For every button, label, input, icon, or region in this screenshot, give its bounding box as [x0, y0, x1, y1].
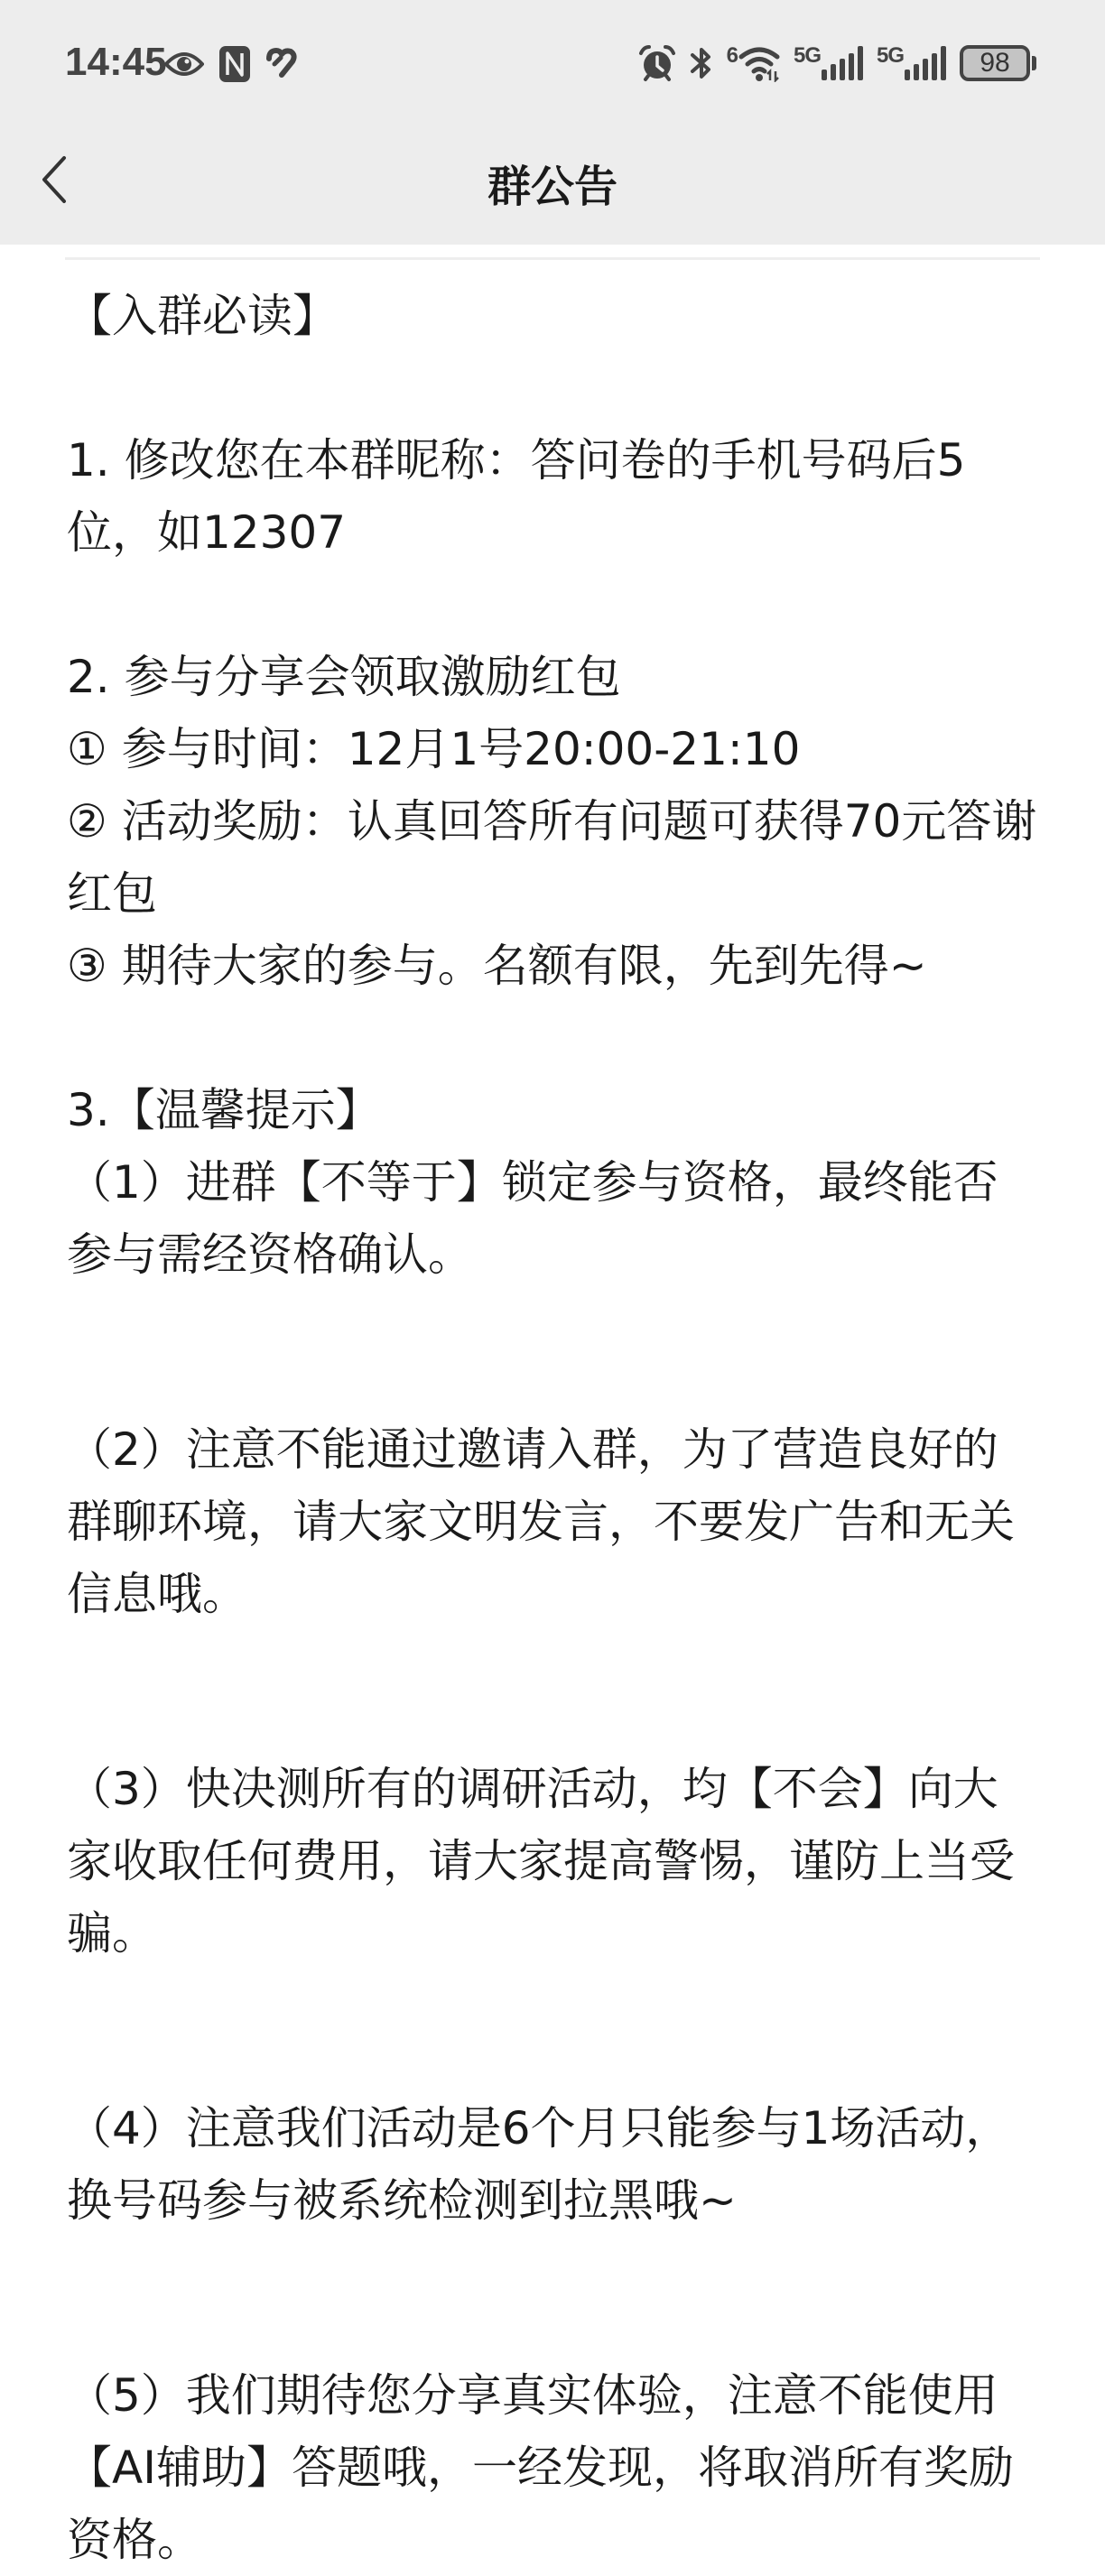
spacer — [67, 2042, 1042, 2092]
item-3-title: 3.【温馨提示】 — [67, 1074, 1042, 1146]
item-2-reward: ② 活动奖励：认真回答所有问题可获得70元答谢红包 — [67, 785, 1042, 930]
tip-4: （4）注意我们活动是6个月只能参与1场活动，换号码参与被系统检测到拉黑哦~ — [67, 2092, 1042, 2237]
spacer — [67, 1702, 1042, 1753]
spacer — [67, 2309, 1042, 2359]
item-1-nickname-rule: 1. 修改您在本群昵称：答问卷的手机号码后5位，如12307 — [67, 424, 1042, 569]
spacer — [67, 569, 1042, 641]
battery-tip — [1032, 56, 1036, 70]
battery-level: 98 — [960, 45, 1030, 81]
tip-1: （1）进群【不等于】锁定参与资格，最终能否参与需经资格确认。 — [67, 1146, 1042, 1291]
health-heart-icon — [265, 48, 298, 80]
spacer — [67, 1363, 1042, 1413]
spacer — [67, 352, 1042, 424]
item-2-quota: ③ 期待大家的参与。名额有限，先到先得~ — [67, 930, 1042, 1002]
battery-icon: 98 — [960, 45, 1036, 81]
tip-2: （2）注意不能通过邀请入群，为了营造良好的群聊环境，请大家文明发言，不要发广告和… — [67, 1413, 1042, 1630]
spacer — [67, 1630, 1042, 1702]
tip-5: （5）我们期待您分享真实体验，注意不能使用【AI辅助】答题哦，一经发现，将取消所… — [67, 2359, 1042, 2437]
wifi6-icon: 6 — [727, 44, 781, 82]
tip-3: （3）快决测所有的调研活动，均【不会】向大家收取任何费用，请大家提高警惕，谨防上… — [67, 1753, 1042, 1969]
item-2-title: 2. 参与分享会领取激励红包 — [67, 641, 1042, 713]
status-right-icons: 6 5G 5G — [638, 42, 1036, 85]
item-2-time: ① 参与时间：12月1号20:00-21:10 — [67, 713, 1042, 785]
status-left-icons — [164, 43, 298, 85]
nav-bar: 群公告 — [0, 126, 1105, 245]
status-bar: 14:45 — [0, 0, 1105, 126]
page-title: 群公告 — [0, 152, 1105, 214]
spacer — [67, 1969, 1042, 2042]
status-time: 14:45 — [65, 40, 167, 85]
signal-5g-sim1-icon: 5G — [794, 44, 864, 82]
spacer — [67, 1291, 1042, 1363]
spacer — [67, 1002, 1042, 1074]
announcement-body: 【入群必读】 1. 修改您在本群昵称：答问卷的手机号码后5位，如12307 2.… — [67, 280, 1042, 2437]
announcement-heading: 【入群必读】 — [67, 280, 1042, 352]
nfc-icon — [218, 45, 251, 83]
alarm-icon — [638, 44, 676, 82]
bluetooth-icon — [689, 44, 714, 82]
eye-icon — [164, 50, 204, 79]
spacer — [67, 2237, 1042, 2309]
divider — [65, 257, 1040, 260]
signal-5g-sim2-icon: 5G — [877, 44, 947, 82]
